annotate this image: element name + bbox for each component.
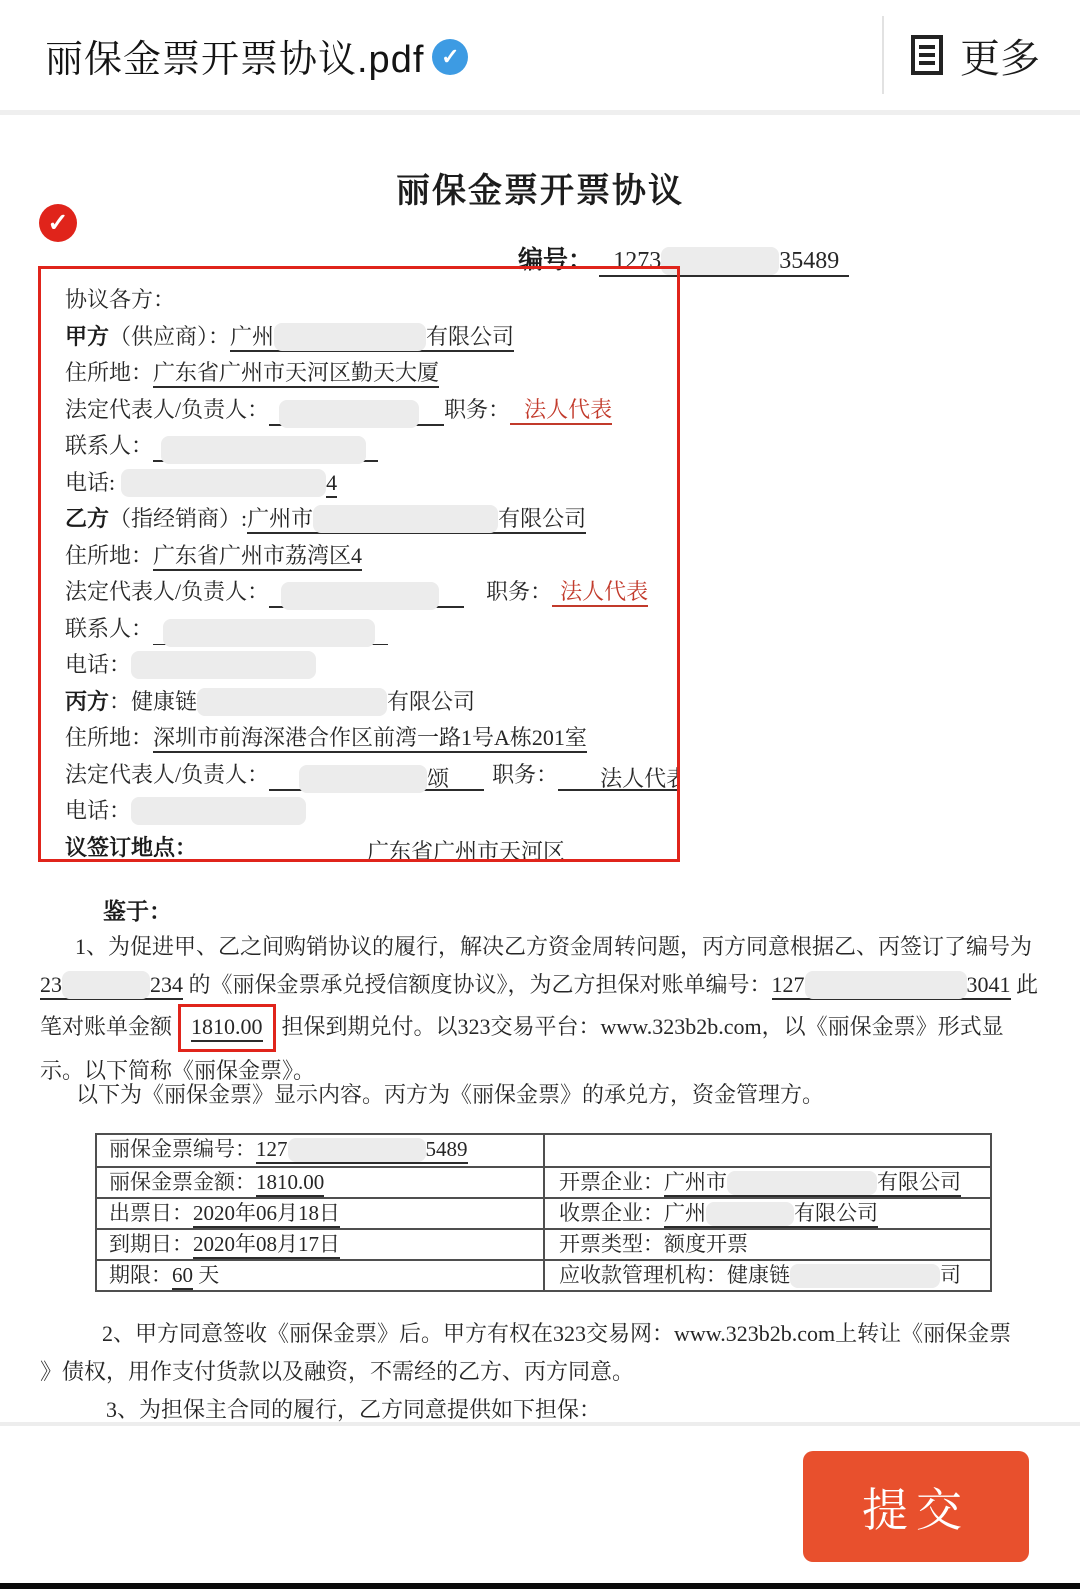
clause-2-line-1: 2、甲方同意签收《丽保金票》后。甲方有权在323交易网：www.323b2b.c… [40,1315,1045,1353]
redaction-blob [274,323,426,351]
term-label: 期限： [109,1263,172,1287]
party-a-legal-line: 法定代表人/负责人：职务：法人代表 [65,392,677,429]
display-note: 以下为《丽保金票》显示内容。丙方为《丽保金票》的承兑方，资金管理方。 [76,1078,824,1109]
doc-title: 丽保金票开票协议 [0,163,1080,212]
party-a-role-note: （供应商）： [109,324,230,349]
clause-1: 1、为促进甲、乙之间购销协议的履行，解决乙方资金周转问题，丙方同意根据乙、丙签订… [40,928,1045,1090]
redaction-blob [279,400,419,428]
term-cell: 期限：60 天 [97,1261,545,1290]
party-b-phone-line: 电话： [65,647,677,684]
legal-rep-label: 法定代表人/负责人： [65,762,269,787]
redaction-blob [790,1264,940,1288]
phone-label: 电话： [65,798,131,823]
receiver-company: 广州 [664,1201,706,1225]
party-c-role: 丙方 [65,689,109,714]
party-a-duty: 法人代表 [510,397,612,425]
party-c-address-line: 住所地：深圳市前海深港合作区前湾一路1号A栋201室 [65,720,677,757]
receiver-label: 收票企业： [559,1201,664,1225]
ticket-no-cell: 丽保金票编号：1275489 [97,1135,545,1166]
due-date: 2020年08月17日 [193,1232,340,1259]
party-c-role-note: ： [109,689,131,714]
statement-no: 127 [772,972,805,997]
parties-heading: 协议各方： [65,282,677,319]
address-label: 住所地： [65,360,153,385]
clause-1-line-3-head: 笔对账单金额 [40,1014,172,1039]
party-c-phone-line: 电话： [65,793,677,830]
party-c-legal-visible: 颂 [427,766,449,791]
term-unit: 天 [193,1263,219,1287]
party-a-company-suffix: 有限公司 [426,324,514,349]
empty-cell [545,1135,990,1166]
clause-1-line-3: 笔对账单金额1810.00担保到期兑付。以323交易平台：www.323b2b.… [40,1004,1045,1052]
redaction-blob [197,688,387,716]
party-b-legal-line: 法定代表人/负责人：职务：法人代表 [65,574,677,611]
party-b-address-line: 住所地：广东省广州市荔湾区4 [65,538,677,575]
credit-agreement-no-suffix: 234 [150,972,183,997]
issuer-cell: 开票企业：广州市有限公司 [545,1168,990,1197]
bottom-bar [0,1583,1080,1589]
annotation-check-icon: ✓ [39,204,77,242]
submit-button[interactable]: 提交 [803,1451,1029,1562]
party-a-contact-line: 联系人： [65,428,677,465]
party-a-address-line: 住所地：广东省广州市天河区勤天大厦 [65,355,677,392]
clause-1-line-2: 23234 的《丽保金票承兑授信额度协议》，为乙方担保对账单编号：1273041… [40,966,1045,1004]
duty-label: 职务： [444,397,510,422]
redaction-blob [121,469,326,497]
clause-1-line-1: 1、为促进甲、乙之间购销协议的履行，解决乙方资金周转问题，丙方同意根据乙、丙签订… [40,928,1045,966]
due-date-cell: 到期日：2020年08月17日 [97,1230,545,1259]
manager-company-suffix: 司 [940,1263,961,1287]
party-b-line: 乙方（指经销商）:广州市有限公司 [65,501,677,538]
table-row: 丽保金票编号：1275489 [97,1135,990,1166]
duty-label: 职务： [492,762,558,787]
party-c-address: 深圳市前海深港合作区前湾一路1号A栋201室 [153,725,587,753]
party-b-address: 广东省广州市荔湾区4 [153,543,362,571]
receiver-company-suffix: 有限公司 [794,1201,878,1225]
term-days: 60 [172,1263,193,1290]
verified-check-icon: ✓ [432,39,468,75]
redaction-blob [62,971,150,999]
issuer-company: 广州市 [664,1170,727,1194]
address-label: 住所地： [65,543,153,568]
party-b-contact-line: 联系人： [65,611,677,648]
ticket-no-suffix: 5489 [426,1137,468,1161]
party-c-company: 健康链 [131,689,197,714]
sign-place-label: 议签订地点： [65,835,197,860]
phone-label: 电话： [65,652,131,677]
redaction-blob [161,436,366,464]
party-b-role: 乙方 [65,506,109,531]
sign-place-value: 广东省广州市天河区 [197,834,589,863]
content-rule [0,1422,1080,1426]
ticket-table: 丽保金票编号：1275489 丽保金票金额：1810.00 开票企业：广州市有限… [95,1133,992,1292]
file-title: 丽保金票开票协议.pdf ✓ [0,28,468,83]
manager-label: 应收款管理机构： [559,1263,727,1287]
header-divider [882,16,884,94]
clause-3: 3、为担保主合同的履行，乙方同意提供如下担保： [40,1391,1045,1423]
list-icon [906,33,948,77]
redaction-blob [805,971,967,999]
sign-place-line: 议签订地点：广东省广州市天河区 [65,830,677,863]
redaction-blob [706,1202,794,1226]
ticket-type-label: 开票类型： [559,1232,664,1256]
phone-label: 电话: [65,470,115,495]
contact-label: 联系人： [65,433,153,458]
issuer-company-suffix: 有限公司 [877,1170,961,1194]
whereas-heading: 鉴于： [103,893,172,926]
ticket-amount-label: 丽保金票金额： [109,1170,256,1194]
more-button[interactable]: 更多 [882,0,1080,110]
ticket-no-label: 丽保金票编号： [109,1137,256,1161]
redaction-blob [131,797,306,825]
issue-date: 2020年06月18日 [193,1201,340,1228]
table-row: 期限：60 天 应收款管理机构：健康链司 [97,1259,990,1290]
party-c-duty: 法人代表 [558,761,680,791]
clause-2-line-2: 》债权，用作支付货款以及融资，不需经的乙方、丙方同意。 [40,1353,1045,1391]
receiver-cell: 收票企业：广州有限公司 [545,1199,990,1228]
amount-annotation-box: 1810.00 [178,1004,276,1052]
redaction-blob [288,1138,426,1162]
party-a-line: 甲方（供应商）：广州有限公司 [65,319,677,356]
manager-company: 健康链 [727,1263,790,1287]
issuer-label: 开票企业： [559,1170,664,1194]
header: 丽保金票开票协议.pdf ✓ 更多 [0,0,1080,110]
party-c-company-suffix: 有限公司 [387,689,475,714]
parties-annotation-box: 协议各方： 甲方（供应商）：广州有限公司 住所地：广东省广州市天河区勤天大厦 法… [38,266,680,862]
ticket-type-cell: 开票类型：额度开票 [545,1230,990,1259]
clause-1-line-3-tail: 担保到期兑付。以323交易平台：www.323b2b.com，以《丽保金票》形式… [282,1014,1004,1039]
issue-date-label: 出票日： [109,1201,193,1225]
ticket-amount-cell: 丽保金票金额：1810.00 [97,1168,545,1197]
duty-label: 职务： [486,579,552,604]
credit-agreement-no: 23 [40,972,62,997]
contact-label: 联系人： [65,616,153,641]
statement-no-suffix: 3041 [967,972,1011,997]
manager-cell: 应收款管理机构：健康链司 [545,1261,990,1290]
table-row: 到期日：2020年08月17日 开票类型：额度开票 [97,1228,990,1259]
party-c-line: 丙方：健康链有限公司 [65,684,677,721]
party-a-role: 甲方 [65,324,109,349]
table-row: 出票日：2020年06月18日 收票企业：广州有限公司 [97,1197,990,1228]
party-a-phone-tail: 4 [326,470,337,498]
document-page: 丽保金票开票协议 ✓ 编号： 127335489 协议各方： 甲方（供应商）：广… [0,115,1080,1423]
redaction-blob [299,765,427,793]
legal-rep-label: 法定代表人/负责人： [65,397,269,422]
filename: 丽保金票开票协议.pdf [45,28,424,83]
party-b-role-note: （指经销商）: [109,506,247,531]
party-c-legal-line: 法定代表人/负责人：颂职务：法人代表 [65,757,677,794]
ticket-amount: 1810.00 [256,1170,324,1197]
redaction-blob [281,582,439,610]
ticket-type: 额度开票 [664,1232,748,1256]
legal-rep-label: 法定代表人/负责人： [65,579,269,604]
clause-1-line-2-text: 的《丽保金票承兑授信额度协议》，为乙方担保对账单编号： [183,972,772,997]
party-a-phone-line: 电话:4 [65,465,677,502]
submit-label: 提交 [862,1474,970,1540]
table-row: 丽保金票金额：1810.00 开票企业：广州市有限公司 [97,1166,990,1197]
more-label: 更多 [960,27,1040,84]
redaction-blob [313,505,498,533]
redaction-blob [727,1171,877,1195]
redaction-blob [131,651,316,679]
party-b-company-suffix: 有限公司 [498,506,586,531]
ticket-no: 127 [256,1137,288,1161]
redaction-blob [163,619,375,647]
due-date-label: 到期日： [109,1232,193,1256]
address-label: 住所地： [65,725,153,750]
issue-date-cell: 出票日：2020年06月18日 [97,1199,545,1228]
party-b-company: 广州市 [247,506,313,531]
party-a-company: 广州 [230,324,274,349]
party-a-address: 广东省广州市天河区勤天大厦 [153,360,439,388]
clause-1-line-2-tail: 此 [1011,972,1039,997]
serial-suffix: 35489 [779,248,839,274]
statement-amount: 1810.00 [191,1014,263,1042]
clauses-2-3: 2、甲方同意签收《丽保金票》后。甲方有权在323交易网：www.323b2b.c… [40,1315,1045,1423]
party-b-duty: 法人代表 [552,579,648,607]
